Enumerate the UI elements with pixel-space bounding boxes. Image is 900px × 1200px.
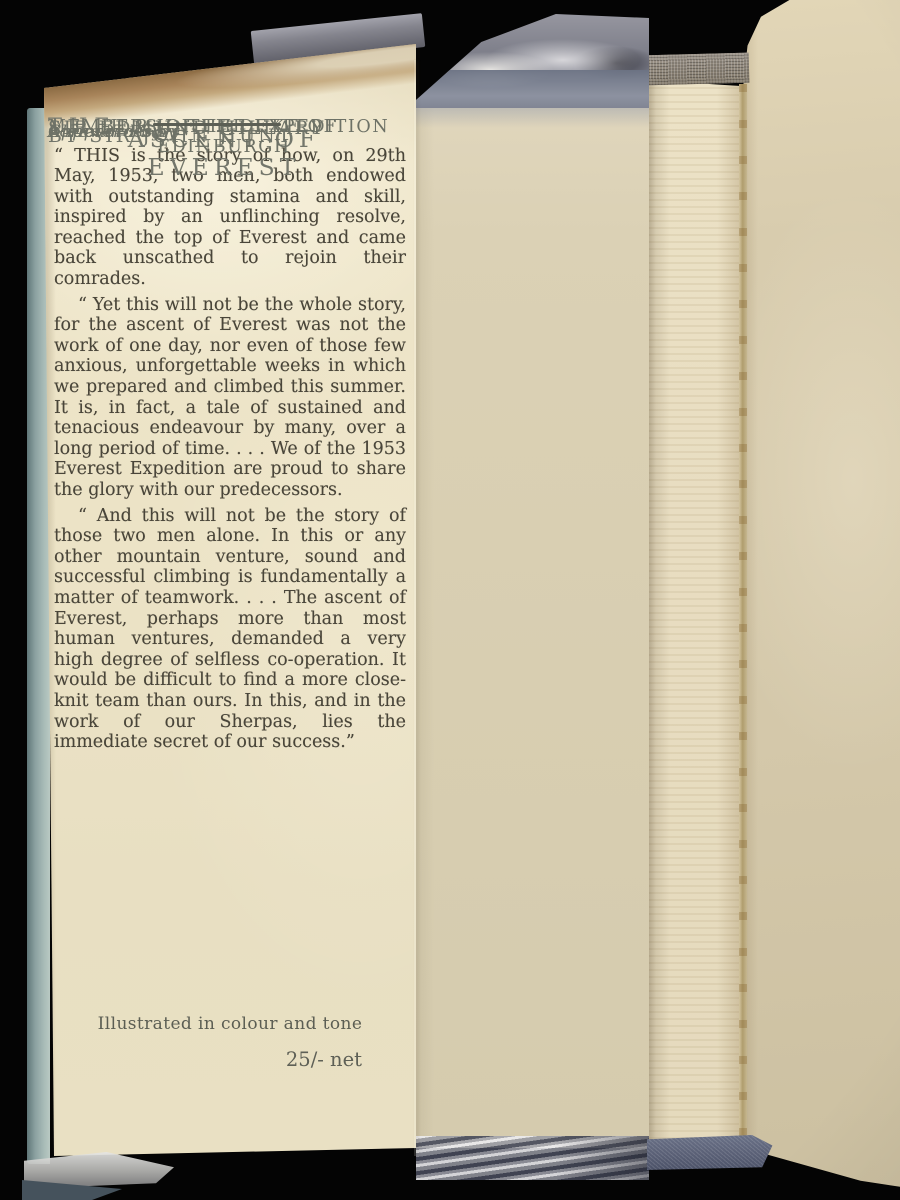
mylar-bottom-streaks [416,1136,649,1188]
gutter-crease [739,84,747,1146]
standing-flyleaf-page [742,0,900,1200]
mylar-fold-line [414,60,416,1156]
mylar-shadow-fade [416,70,649,128]
jacket-under-mylar [416,108,649,1148]
mylar-protector [416,8,649,1180]
book-photo-stage: THE ASCENT OF EVEREST BY SIR JOHN HUNT F… [0,0,900,1200]
page-edges [648,80,740,1146]
divider-rule [153,123,281,126]
blurb-paragraph-2: “ Yet this will not be the whole story, … [54,295,406,501]
blurb-paragraph-3: “ And this will not be the story of thos… [54,506,406,753]
illustrated-note: Illustrated in colour and tone [54,1014,406,1034]
cloth-bottom-edge [647,1135,775,1170]
cloth-top-edge [644,53,750,86]
appendices-name: MEMBERS OF THE EXPEDITION [48,117,389,137]
price: 25/- net [54,1048,406,1071]
flap-text-block: THE ASCENT OF EVEREST BY SIR JOHN HUNT F… [54,114,406,753]
